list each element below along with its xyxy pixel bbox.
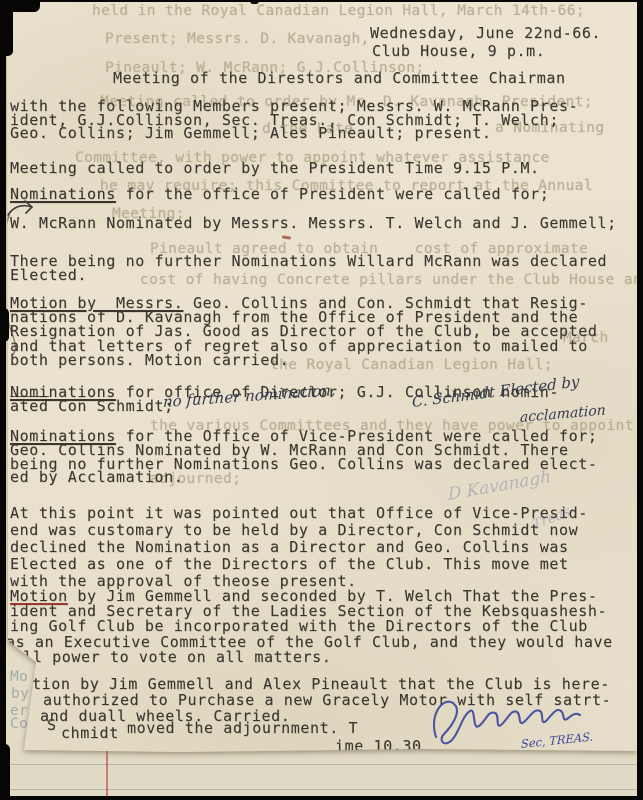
scan-border-left (0, 0, 6, 800)
handwritten-note: acclamation (520, 402, 606, 426)
handwritten-note: D Kavanagh (447, 467, 551, 505)
scanned-minutes-page: MobyerCor held in the Royal Canadian Leg… (0, 0, 643, 800)
handwriting-layer: no further nomination,C. Schmidt Elected… (0, 0, 643, 800)
handwritten-note: C. Schmidt Elected by (412, 372, 580, 411)
scan-nick-top (250, 0, 259, 4)
handwritten-note: no further nomination, (163, 381, 336, 411)
typed-page-wrap: held in the Royal Canadian Legion Hall, … (0, 0, 643, 800)
scan-blob-top-left2 (0, 0, 13, 56)
scan-border-top (0, 0, 643, 2)
scan-border-bottom (0, 796, 643, 800)
handwritten-note: Sec, TREAS. (521, 729, 593, 751)
scan-blob-bottom-left (0, 744, 10, 800)
handwritten-note: Treas (531, 503, 572, 533)
typed-page: held in the Royal Canadian Legion Hall, … (0, 0, 643, 800)
scan-border-right (637, 0, 643, 800)
scan-blob-left-mid (0, 308, 9, 342)
